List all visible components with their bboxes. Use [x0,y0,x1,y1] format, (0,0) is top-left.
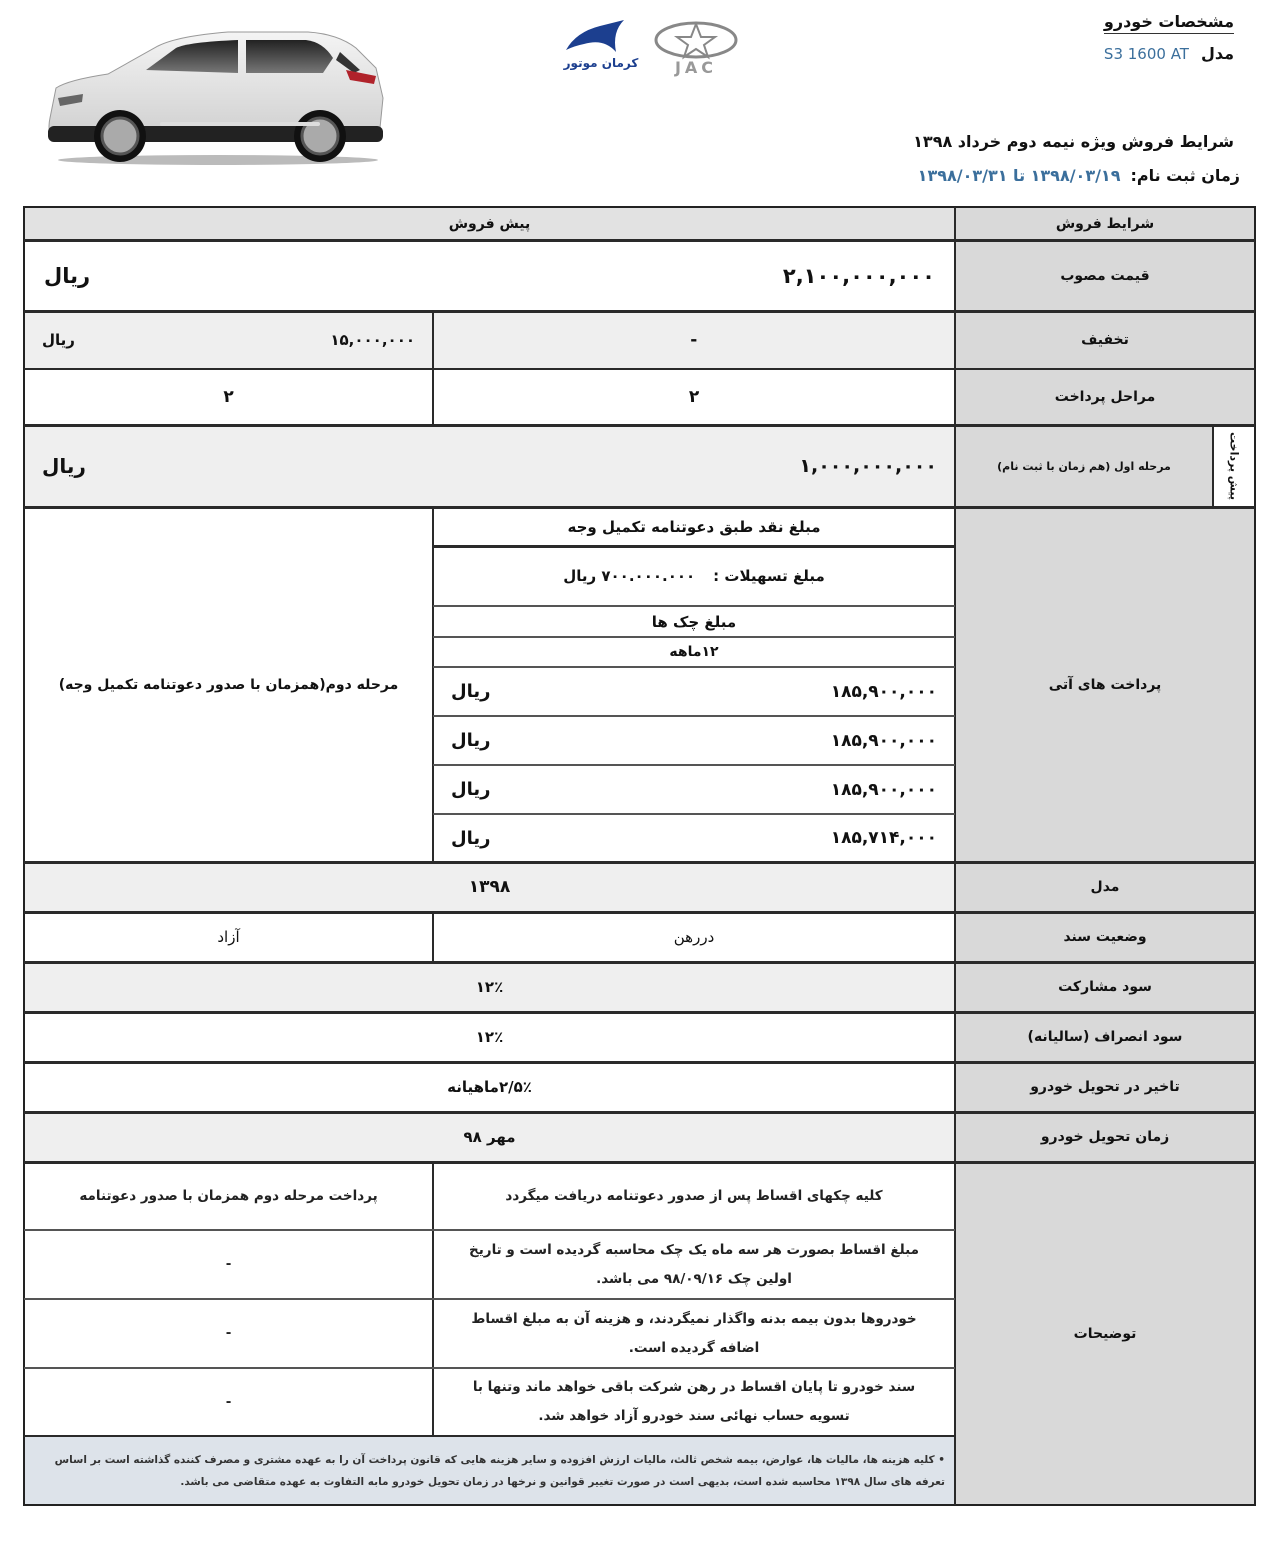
divider [24,911,1255,914]
divider [24,310,1255,313]
model-label: مدل [1201,44,1234,63]
divider [24,1298,955,1300]
registration-label: زمان ثبت نام: [1130,166,1240,185]
divider [1212,425,1214,507]
model-value: S3 1600 AT [1104,45,1189,63]
divider [24,1229,955,1231]
divider [433,666,955,668]
divider [24,1435,955,1437]
car-image [38,18,388,168]
divider [24,506,1255,509]
divider [432,507,434,862]
divider [24,1161,1255,1164]
jac-logo-text: JAC [652,58,740,77]
registration-dates: ۱۳۹۸/۰۳/۱۹ تا ۱۳۹۸/۰۳/۳۱ [918,166,1121,185]
divider [433,636,955,638]
divider [954,207,956,1505]
divider [24,424,1255,427]
divider [433,545,955,548]
divider [433,764,955,766]
divider [432,912,434,962]
divider [24,1011,1255,1014]
model-line: مدل S3 1600 AT [1104,44,1234,63]
divider [24,368,1255,370]
divider [24,961,1255,964]
divider [24,861,1255,864]
vehicle-specs-title: مشخصات خودرو [1104,12,1234,34]
table-frame [23,206,1256,1506]
divider [433,813,955,815]
jac-logo: JAC [652,20,740,78]
sale-conditions-title: شرایط فروش ویژه نیمه دوم خرداد ۱۳۹۸ [913,132,1234,151]
divider [433,605,955,607]
divider [24,1111,1255,1114]
divider [433,715,955,717]
registration-line: زمان ثبت نام: ۱۳۹۸/۰۳/۱۹ تا ۱۳۹۸/۰۳/۳۱ [918,166,1240,185]
kerman-motor-logo: کرمان موتور [556,18,646,78]
kerman-motor-logo-text: کرمان موتور [556,56,646,70]
divider [24,239,1255,242]
divider [24,1061,1255,1064]
divider [24,1367,955,1369]
